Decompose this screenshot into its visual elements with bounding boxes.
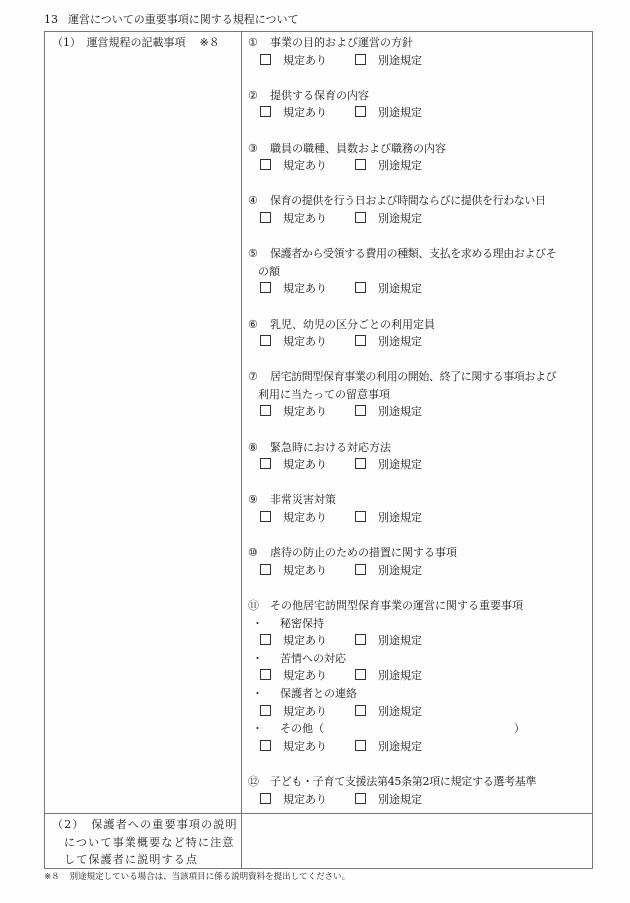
item-number: ③ [248,140,270,158]
option-row: 規定あり別途規定 [248,667,590,685]
item-number: ④ [248,192,270,210]
checkbox-separate[interactable] [355,54,366,65]
item-title: 保護者から受領する費用の種類、支払を求める理由およびそ [270,247,556,260]
option-row: 規定あり別途規定 [248,52,590,70]
subitem-label: 秘密保持 [280,617,324,630]
option-row: 規定あり別途規定 [248,210,590,228]
option-defined-label: 規定あり [283,54,327,67]
option-row: 規定あり別途規定 [248,791,590,809]
row1-label: （1） 運営規程の記載事項※８ [52,34,220,51]
item-title: 非常災害対策 [270,493,336,506]
item-title: 職員の職種、員数および職務の内容 [270,142,446,155]
item-title-continued: の額 [248,263,590,281]
option-defined-label: 規定あり [283,282,327,295]
bullet-icon: ・ [248,615,280,633]
regulation-items: ①事業の目的および運営の方針 規定あり別途規定 ②提供する保育の内容 規定あり別… [248,34,590,808]
option-defined-label: 規定あり [283,106,327,119]
item-title: 保育の提供を行う日および時間ならびに提供を行わない日 [270,194,546,207]
option-separate-label: 別途規定 [378,511,422,524]
checkbox-defined[interactable] [260,705,271,716]
checkbox-defined[interactable] [260,54,271,65]
regulation-item-11: ⑪その他居宅訪問型保育事業の運営に関する重要事項 ・秘密保持 規定あり別途規定 … [248,597,590,755]
checkbox-separate[interactable] [355,405,366,416]
checkbox-separate[interactable] [355,212,366,223]
item-title: 事業の目的および運営の方針 [270,36,413,49]
option-separate-label: 別途規定 [378,669,422,682]
checkbox-defined[interactable] [260,106,271,117]
option-defined-label: 規定あり [283,740,327,753]
regulation-item-8: ⑧緊急時における対応方法 規定あり別途規定 [248,439,590,474]
checkbox-separate[interactable] [355,106,366,117]
option-row: 規定あり別途規定 [248,738,590,756]
item-number: ② [248,87,270,105]
footnote-text: 別途規定している場合は、当該項目に係る説明資料を提出してください。 [70,872,351,882]
option-row: 規定あり別途規定 [248,333,590,351]
option-defined-label: 規定あり [283,793,327,806]
item-number: ⑩ [248,544,270,562]
bullet-icon: ・ [248,685,280,703]
bullet-icon: ・ [248,650,280,668]
checkbox-defined[interactable] [260,282,271,293]
checkbox-separate[interactable] [355,564,366,575]
checkbox-separate[interactable] [355,511,366,522]
row2-label-line-3: して保護者に説明する点 [52,851,240,869]
option-row: 規定あり別途規定 [248,104,590,122]
option-separate-label: 別途規定 [378,335,422,348]
item-title: 子ども・子育て支援法第45条第2項に規定する選考基準 [270,775,536,788]
option-row: 規定あり別途規定 [248,280,590,298]
option-defined-label: 規定あり [283,159,327,172]
item-title: 居宅訪問型保育事業の利用の開始、終了に関する事項および [270,370,556,383]
subitem-other: ・その他（） [248,720,590,738]
regulation-item-12: ⑫子ども・子育て支援法第45条第2項に規定する選考基準 規定あり別途規定 [248,773,590,808]
option-row: 規定あり別途規定 [248,509,590,527]
item-title: 提供する保育の内容 [270,89,369,102]
checkbox-separate[interactable] [355,282,366,293]
option-separate-label: 別途規定 [378,564,422,577]
option-defined-label: 規定あり [283,564,327,577]
option-defined-label: 規定あり [283,511,327,524]
option-separate-label: 別途規定 [378,634,422,647]
option-separate-label: 別途規定 [378,740,422,753]
option-row: 規定あり別途規定 [248,703,590,721]
regulation-item-10: ⑩虐待の防止のための措置に関する事項 規定あり別途規定 [248,544,590,579]
subitem-confidentiality: ・秘密保持 [248,615,590,633]
option-separate-label: 別途規定 [378,159,422,172]
option-row: 規定あり別途規定 [248,562,590,580]
regulation-item-5: ⑤保護者から受領する費用の種類、支払を求める理由およびそ の額 規定あり別途規定 [248,245,590,298]
option-defined-label: 規定あり [283,705,327,718]
item-number: ⑥ [248,316,270,334]
checkbox-defined[interactable] [260,793,271,804]
checkbox-separate[interactable] [355,740,366,751]
section-title: 13運営についての重要事項に関する規程について [44,12,299,28]
option-separate-label: 別途規定 [378,106,422,119]
column-divider [241,31,242,869]
option-separate-label: 別途規定 [378,705,422,718]
other-close-paren: ） [514,720,525,738]
item-title: 虐待の防止のための措置に関する事項 [270,546,457,559]
regulation-item-2: ②提供する保育の内容 規定あり別途規定 [248,87,590,122]
checkbox-separate[interactable] [355,159,366,170]
regulation-item-7: ⑦居宅訪問型保育事業の利用の開始、終了に関する事項および 利用に当たっての留意事… [248,368,590,421]
subitem-guardian-contact: ・保護者との連絡 [248,685,590,703]
item-number: ⑤ [248,245,270,263]
option-separate-label: 別途規定 [378,405,422,418]
checkbox-defined[interactable] [260,511,271,522]
subitem-label: その他（ [280,722,324,735]
option-defined-label: 規定あり [283,458,327,471]
option-defined-label: 規定あり [283,634,327,647]
checkbox-defined[interactable] [260,458,271,469]
option-row: 規定あり別途規定 [248,456,590,474]
option-defined-label: 規定あり [283,335,327,348]
option-defined-label: 規定あり [283,405,327,418]
footnote: ※８別途規定している場合は、当該項目に係る説明資料を提出してください。 [44,871,350,883]
option-defined-label: 規定あり [283,212,327,225]
subitem-complaints: ・苦情への対応 [248,650,590,668]
regulation-item-4: ④保育の提供を行う日および時間ならびに提供を行わない日 規定あり別途規定 [248,192,590,227]
item-number: ⑪ [248,597,270,615]
checkbox-separate[interactable] [355,669,366,680]
regulation-item-3: ③職員の職種、員数および職務の内容 規定あり別途規定 [248,140,590,175]
checkbox-separate[interactable] [355,705,366,716]
checkbox-defined[interactable] [260,634,271,645]
option-row: 規定あり別途規定 [248,632,590,650]
regulation-item-9: ⑨非常災害対策 規定あり別途規定 [248,491,590,526]
option-row: 規定あり別途規定 [248,403,590,421]
item-title: その他居宅訪問型保育事業の運営に関する重要事項 [270,599,523,612]
checkbox-defined[interactable] [260,669,271,680]
regulation-item-1: ①事業の目的および運営の方針 規定あり別途規定 [248,34,590,69]
item-number: ⑧ [248,439,270,457]
row2-label: （2） 保護者への重要事項の説明 について事業概要など特に注意 して保護者に説明… [52,816,240,869]
row1-label-text: （1） 運営規程の記載事項 [52,36,186,49]
checkbox-separate[interactable] [355,793,366,804]
checkbox-defined[interactable] [260,335,271,346]
footnote-mark: ※８ [44,872,60,882]
section-title-text: 運営についての重要事項に関する規程について [68,13,299,26]
option-separate-label: 別途規定 [378,54,422,67]
row1-note: ※８ [200,36,220,49]
item-title: 乳児、幼児の区分ごとの利用定員 [270,318,435,331]
item-number: ⑫ [248,773,270,791]
item-number: ⑨ [248,491,270,509]
section-number: 13 [44,13,58,26]
explanation-points-field[interactable] [242,814,592,868]
row2-label-line-1: （2） 保護者への重要事項の説明 [52,816,240,834]
checkbox-defined[interactable] [260,740,271,751]
row2-label-line-2: について事業概要など特に注意 [52,834,240,852]
item-number: ① [248,34,270,52]
option-separate-label: 別途規定 [378,793,422,806]
checkbox-defined[interactable] [260,405,271,416]
subitem-label: 苦情への対応 [280,652,346,665]
option-separate-label: 別途規定 [378,212,422,225]
option-separate-label: 別途規定 [378,282,422,295]
item-title-continued: 利用に当たっての留意事項 [248,386,590,404]
item-number: ⑦ [248,368,270,386]
option-defined-label: 規定あり [283,669,327,682]
bullet-icon: ・ [248,720,280,738]
checkbox-defined[interactable] [260,159,271,170]
checkbox-separate[interactable] [355,634,366,645]
checkbox-defined[interactable] [260,212,271,223]
subitem-label: 保護者との連絡 [280,687,357,700]
regulation-item-6: ⑥乳児、幼児の区分ごとの利用定員 規定あり別途規定 [248,316,590,351]
option-row: 規定あり別途規定 [248,157,590,175]
checkbox-separate[interactable] [355,335,366,346]
item-title: 緊急時における対応方法 [270,441,391,454]
option-separate-label: 別途規定 [378,458,422,471]
checkbox-defined[interactable] [260,564,271,575]
checkbox-separate[interactable] [355,458,366,469]
